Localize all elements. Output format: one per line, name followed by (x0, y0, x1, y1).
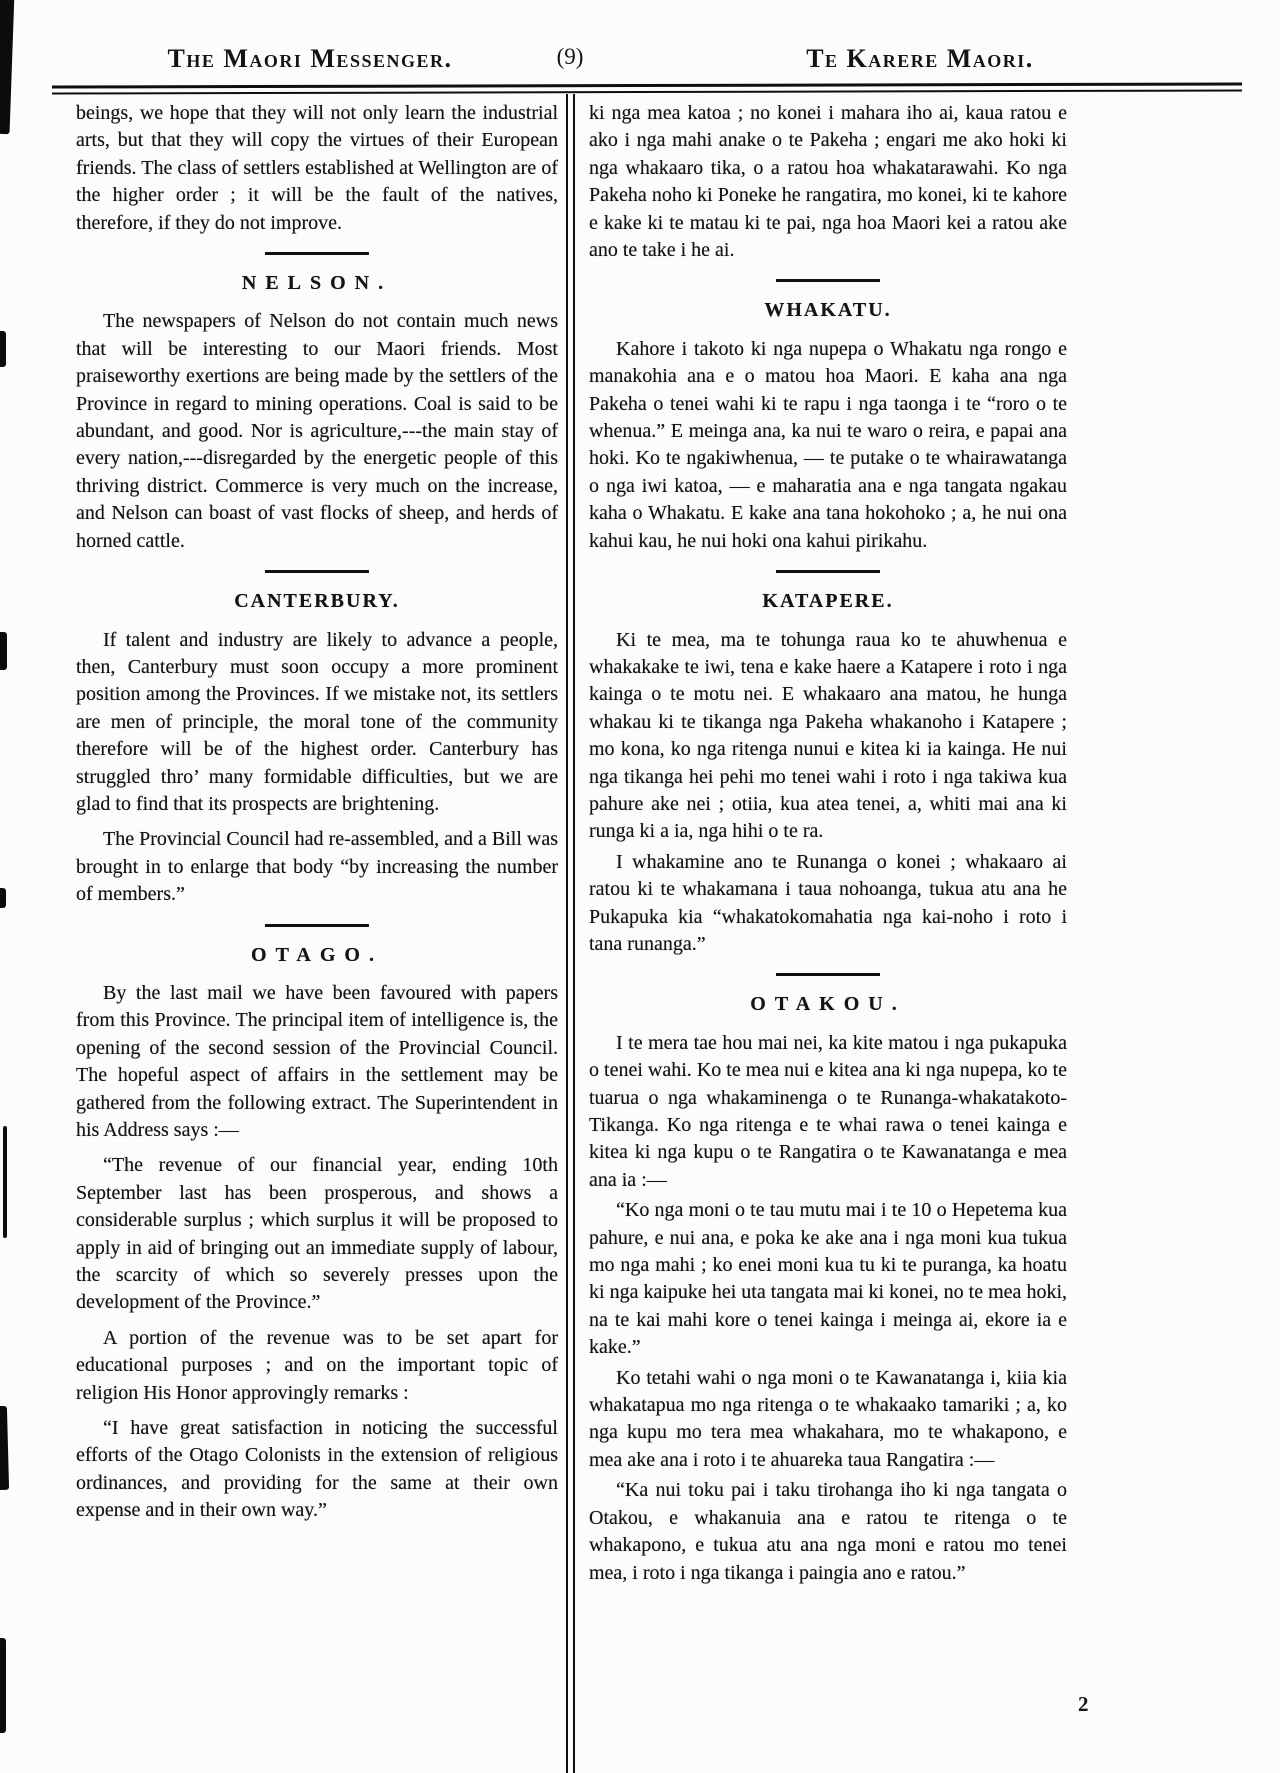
paragraph-otago-1: By the last mail we have been favoured w… (76, 980, 558, 1144)
masthead-rule (52, 82, 1242, 94)
section-head-canterbury: CANTERBURY. (76, 570, 558, 615)
section-heading-katapere: KATAPERE. (589, 588, 1067, 615)
column-divider (566, 94, 575, 1773)
section-head-katapere: KATAPERE. (589, 570, 1067, 615)
paragraph-katapere-1: Ki te mea, ma te tohunga raua ko te ahuw… (589, 627, 1067, 846)
paragraph-otago-2: A portion of the revenue was to be set a… (76, 1325, 558, 1407)
paragraph-otago-quote-2: “I have great satisfaction in noticing t… (76, 1415, 558, 1525)
section-heading-whakatu: WHAKATU. (589, 297, 1067, 324)
scan-artifact (0, 1406, 9, 1490)
paragraph-nelson: The newspapers of Nelson do not contain … (76, 308, 558, 555)
paragraph-whakatu: Kahore i takoto ki nga nupepa o Whakatu … (589, 336, 1067, 555)
masthead-title-maori: Te Karere Maori. (715, 44, 1125, 74)
paragraph-katapere-2: I whakamine ano te Runanga o konei ; wha… (589, 849, 1067, 959)
masthead-page-number: (9) (525, 44, 615, 70)
paragraph-canterbury-1: If talent and industry are likely to adv… (76, 627, 558, 819)
paragraph-english-intro: beings, we hope that they will not only … (76, 100, 558, 237)
scan-artifact (0, 888, 6, 908)
maori-column: ki nga mea katoa ; no konei i mahara iho… (589, 100, 1067, 1590)
scan-artifact (3, 1126, 7, 1238)
paragraph-canterbury-2: The Provincial Council had re-assembled,… (76, 826, 558, 908)
section-heading-otago: OTAGO. (76, 942, 558, 969)
section-separator-rule (776, 570, 880, 573)
paragraph-otakou-quote-1: “Ko nga moni o te tau mutu mai i te 10 o… (589, 1197, 1067, 1361)
section-separator-rule (265, 252, 369, 255)
section-separator-rule (776, 279, 880, 282)
section-separator-rule (265, 924, 369, 927)
section-heading-canterbury: CANTERBURY. (76, 588, 558, 615)
section-head-otago: OTAGO. (76, 924, 558, 969)
section-separator-rule (776, 973, 880, 976)
section-head-nelson: NELSON. (76, 252, 558, 297)
paragraph-otakou-1: I te mera tae hou mai nei, ka kite matou… (589, 1030, 1067, 1194)
paragraph-maori-intro: ki nga mea katoa ; no konei i mahara iho… (589, 100, 1067, 264)
masthead: The Maori Messenger. (9) Te Karere Maori… (0, 44, 1280, 80)
paragraph-otakou-2: Ko tetahi wahi o nga moni o te Kawanatan… (589, 1365, 1067, 1475)
newspaper-page: The Maori Messenger. (9) Te Karere Maori… (0, 0, 1280, 1773)
page-number-footer: 2 (1078, 1692, 1089, 1717)
paragraph-otakou-quote-2: “Ka nui toku pai i taku tirohanga iho ki… (589, 1477, 1067, 1587)
scan-artifact (0, 632, 7, 670)
english-column: beings, we hope that they will not only … (76, 100, 558, 1533)
masthead-title-english: The Maori Messenger. (70, 44, 550, 74)
paragraph-otago-quote-1: “The revenue of our financial year, endi… (76, 1152, 558, 1316)
section-heading-otakou: OTAKOU. (589, 991, 1067, 1018)
section-heading-nelson: NELSON. (76, 270, 558, 297)
scan-artifact (0, 1638, 6, 1733)
section-separator-rule (265, 570, 369, 573)
scan-artifact (0, 331, 6, 367)
section-head-whakatu: WHAKATU. (589, 279, 1067, 324)
section-head-otakou: OTAKOU. (589, 973, 1067, 1018)
